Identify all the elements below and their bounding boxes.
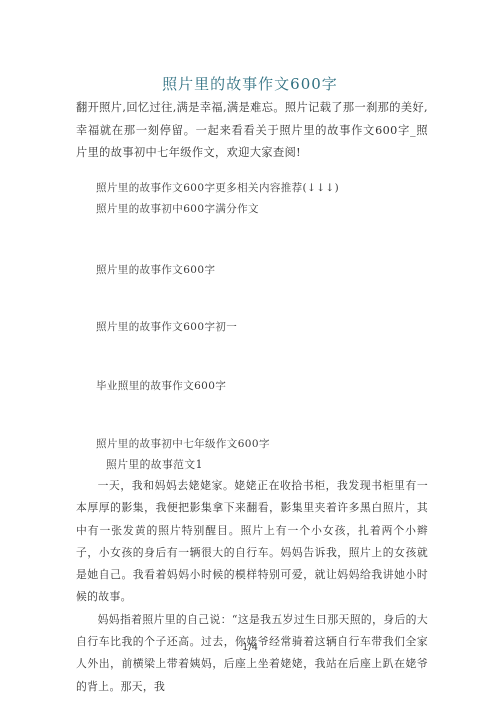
essay-paragraph: 一天，我和妈妈去姥姥家。姥姥正在收拾书柜，我发现书柜里有一本厚厚的影集，我便把影… — [76, 475, 428, 609]
page-number: 1/4 — [0, 642, 500, 653]
document-page: 照片里的故事作文600字 翻开照片,回忆过往,满是幸福,满是难忘。照片记载了那一… — [0, 0, 500, 707]
essay-body: 一天，我和妈妈去姥姥家。姥姥正在收拾书柜，我发现书柜里有一本厚厚的影集，我便把影… — [76, 475, 428, 698]
related-link[interactable]: 毕业照里的故事作文600字 — [96, 378, 226, 394]
intro-paragraph: 翻开照片,回忆过往,满是幸福,满是难忘。照片记载了那一刹那的美好,幸福就在那一刻… — [76, 97, 428, 165]
essay-heading: 照片里的故事范文1 — [106, 457, 203, 473]
related-link[interactable]: 照片里的故事作文600字初一 — [96, 319, 237, 335]
essay-paragraph: 妈妈指着照片里的自己说：“这是我五岁过生日那天照的，身后的大自行车比我的个子还高… — [76, 609, 428, 698]
related-link[interactable]: 照片里的故事初中600字满分作文 — [96, 201, 259, 217]
document-title: 照片里的故事作文600字 — [0, 74, 500, 94]
related-link-header[interactable]: 照片里的故事作文600字更多相关内容推荐(↓↓↓) — [96, 180, 339, 196]
related-link[interactable]: 照片里的故事作文600字 — [96, 262, 215, 278]
related-link[interactable]: 照片里的故事初中七年级作文600字 — [96, 436, 270, 452]
